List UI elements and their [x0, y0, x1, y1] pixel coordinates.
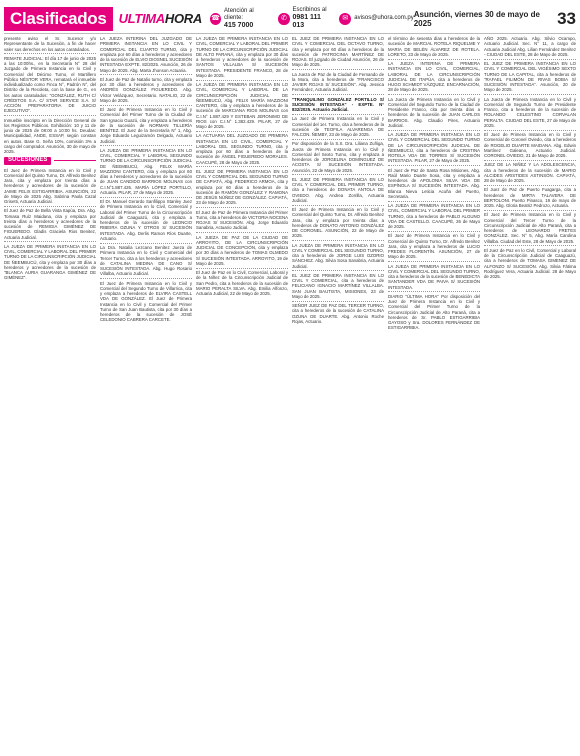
- notice: LA JUEZA DE PRIMERA INSTANCIA EN LO CIVI…: [4, 244, 96, 281]
- notice: LA JUEZA DE PRIMERA INSTANCIA EN LO CIVI…: [292, 243, 384, 269]
- contact-value: 415 7000: [224, 22, 253, 29]
- notice: EL JUEZ DE PRIMERA INSTANCIA EN LO CIVIL…: [292, 273, 384, 299]
- notice: LA JUEZA INTERINA DE PRIMERA INSTANCIA E…: [388, 61, 480, 93]
- notice: REMATE JUDICIAL: El día 17 de junio de 2…: [4, 56, 96, 114]
- notice: El Juez de Primera Instancia en lo Civil…: [484, 132, 576, 158]
- column-3: LA JUEZA DE PRIMERA INSTANCIA EN LO CIVI…: [196, 36, 288, 754]
- contact-email-address[interactable]: avisos@uhora.com.py: [354, 15, 413, 22]
- notice: El Juez de Primera Instancia en lo Civil…: [100, 107, 192, 144]
- brand-name-b: HORA: [165, 11, 202, 26]
- notice: El Juez de Paz de Natalio turno, cita y …: [100, 77, 192, 103]
- whatsapp-icon: ✆: [278, 13, 289, 25]
- notice: El Juez de Primera Instancia en lo Civil…: [388, 233, 480, 259]
- notice: El Juez de Paz en lo Civil, Comercial, L…: [196, 270, 288, 296]
- notice: EL JUEZ DE PRIMERA INSTANCIA EN LO CIVIL…: [292, 177, 384, 203]
- notice: El Juez de Paz de Puerto Fuagarga, cita …: [484, 187, 576, 208]
- column-2: LA JUEZA INTERINA DEL JUZGADO DE PRIMERA…: [100, 36, 192, 754]
- notice: La Jueza de Primera Instancia en lo Civi…: [484, 97, 576, 129]
- notice: LA JUEZA DE PRIMERA INSTANCIA EN LO CIVI…: [388, 132, 480, 164]
- divider-line: [54, 160, 96, 161]
- section-divider: SUCESIONES: [4, 157, 96, 164]
- contact-phone: ☎ Atención al cliente:415 7000: [210, 8, 270, 30]
- notice: LA JUEZA DE PRIMERA INSTANCIA EN LO CIVI…: [388, 203, 480, 229]
- notice: LA JUEZA DE PAZ DE LA CIUDAD DE ARROYITO…: [196, 235, 288, 267]
- page-header: Clasificados ULTIMAHORA ☎ Atención al cl…: [4, 4, 576, 34]
- page-number: 33: [557, 9, 576, 29]
- notice: el término de sesenta días a herederos d…: [388, 36, 480, 57]
- contact-label: Atención al cliente:: [224, 8, 254, 21]
- notice: El Juez de Paz de Santa Rosa Misiones, A…: [388, 168, 480, 200]
- notice: La Dra. Natalia Lezcano Benítez Jueza de…: [100, 245, 192, 277]
- notice: El Dr. Manuel Gerardo Sanfilippo Stanley…: [100, 199, 192, 241]
- contact-email: ✉ avisos@uhora.com.py: [339, 13, 413, 25]
- newspaper-page: Clasificados ULTIMAHORA ☎ Atención al cl…: [0, 0, 580, 756]
- notice: SEÑOR JUEZ DE PAZ DEL TERCER TURNO, cita…: [292, 303, 384, 324]
- column-1: presente aviso el Sr. Sucesor y/o Repres…: [4, 36, 96, 754]
- notice: EL JUEZ DE PRIMERA INSTANCIA EN LO CIVIL…: [196, 169, 288, 206]
- notice: JUEZ DE LA NIÑEZ Y LA ADOLESCENCIA, cita…: [484, 162, 576, 183]
- column-5: el término de sesenta días a herederos d…: [388, 36, 480, 754]
- notice: Por disposición de la S.S. Dra. Liliana …: [292, 141, 384, 173]
- notice: LA JUEZA DE PRIMERA INSTANCIA EN LO CIVI…: [196, 36, 288, 78]
- notice: presente aviso el Sr. Sucesor y/o Repres…: [4, 36, 96, 52]
- phone-icon: ☎: [210, 13, 221, 25]
- notice: LA JUEZA INTERINA DEL JUZGADO DE PRIMERA…: [100, 36, 192, 73]
- notice: LA JUEZA DE PRIMERA INSTANCIA EN LO CIVI…: [100, 148, 192, 195]
- notice: LA JUEZA DE PRIMERA INSTANCIA EN LO CIVI…: [196, 82, 288, 129]
- contact-value: 0981 111 013: [293, 14, 321, 29]
- publication-date: Asunción, viernes 30 de mayo de 2025: [414, 10, 549, 28]
- notice: La Jueza de Primera Instancia en lo Civi…: [388, 97, 480, 129]
- notice: Inmueble inscripto en la Dirección Gener…: [4, 118, 96, 155]
- notice: DIARIO "ÚLTIMA HORA" Por disposición del…: [388, 294, 480, 331]
- notice: El Juez de Primera Instancia en lo Civil…: [484, 212, 576, 244]
- notice: El Juez de Paz de Primera Instancia del …: [196, 210, 288, 231]
- classifieds-columns: presente aviso el Sr. Sucesor y/o Repres…: [4, 36, 576, 754]
- notice: LA JUEZA DE PRIMERA INSTANCIA EN LO CIVI…: [388, 264, 480, 290]
- notice: El Juez de Primera Instancia en lo Civil…: [292, 207, 384, 239]
- brand-logo: ULTIMAHORA: [119, 11, 202, 26]
- notice: LA ACTUARIA DEL JUZGADO DE PRIMERA INSTA…: [196, 133, 288, 165]
- notice: AÑO 2025. Actuario. Abg. Silvio Ocampo, …: [484, 36, 576, 57]
- notice: EL JUEZ DE PRIMERA INSTANCIA EN LO CIVIL…: [484, 61, 576, 93]
- contact-label: Escribinos al: [293, 7, 327, 13]
- notice: EL JUEZ DE PRIMERA INSTANCIA EN LO CIVIL…: [292, 36, 384, 68]
- brand-name-a: ULTIMA: [119, 11, 165, 26]
- contact-whatsapp: ✆ Escribinos al0981 111 013: [278, 7, 331, 30]
- notice: "TRANQUILINO GONZÁLEZ PORTILLO S/ SUCESI…: [292, 97, 384, 113]
- column-6: AÑO 2025. Actuario. Abg. Silvio Ocampo, …: [484, 36, 576, 754]
- column-4: EL JUEZ DE PRIMERA INSTANCIA EN LO CIVIL…: [292, 36, 384, 754]
- notice: La Jueza de Paz de la Ciudad de Fernando…: [292, 72, 384, 93]
- notice: El Juez de Paz en lo Civil, Comercial y …: [484, 248, 576, 280]
- mail-icon: ✉: [339, 13, 351, 25]
- notice: El Juez de Primera Instancia en lo Civil…: [100, 281, 192, 323]
- notice: El Juez de Paz de Bella Vista Itapúa, Dr…: [4, 208, 96, 240]
- section-title: Clasificados: [4, 7, 113, 31]
- notice: La Juez de Primera Instancia en lo Civil…: [292, 116, 384, 137]
- notice: El Juez de Primera Instancia en lo Civil…: [4, 168, 96, 205]
- section-label: SUCESIONES: [4, 157, 51, 164]
